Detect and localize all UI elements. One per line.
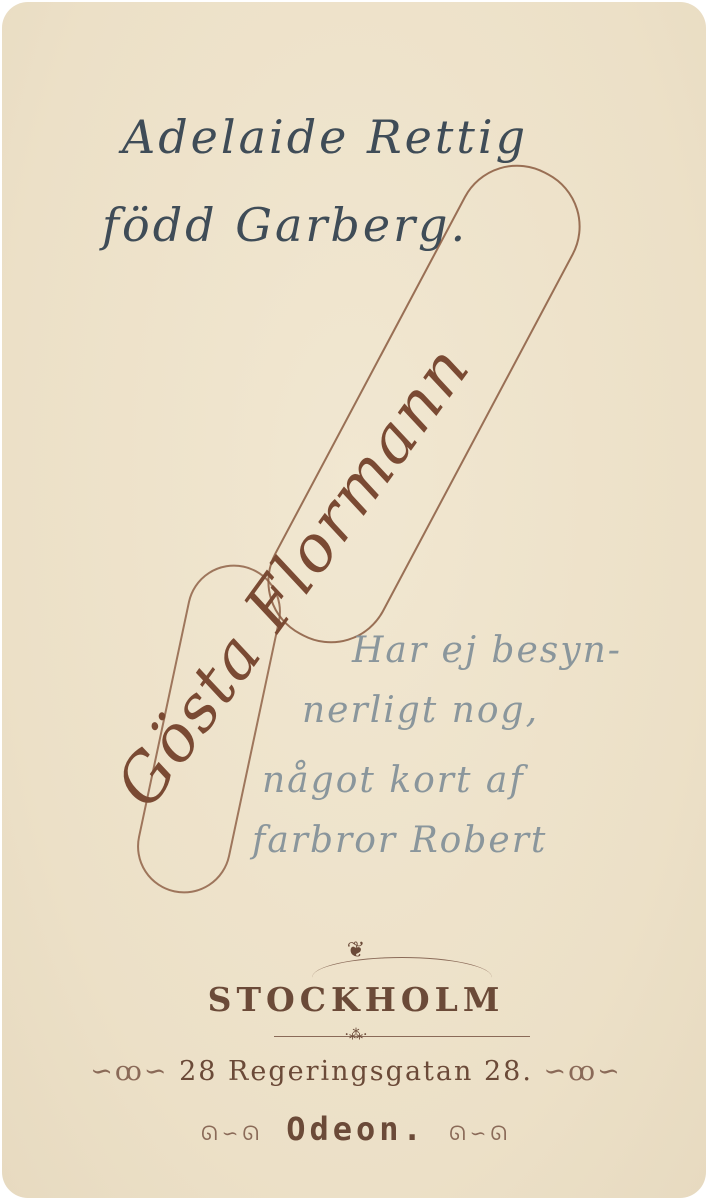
divider-ornament-icon: ·⁂·	[2, 1027, 708, 1043]
photo-card-back: Adelaide Rettig född Garberg. Gösta Flor…	[2, 2, 706, 1198]
imprint-studio-text: Odeon.	[286, 1110, 426, 1148]
flourish-left-icon: ᘏ∽ᘏ	[201, 1121, 263, 1145]
handwritten-maiden-name-line: född Garberg.	[102, 198, 468, 252]
pencil-note-line: något kort af	[262, 760, 525, 801]
flourish-right-icon: ᘏ∽ᘏ	[449, 1121, 511, 1145]
pencil-note-line: nerligt nog,	[302, 690, 539, 731]
imprint-address: ∽ꝏ∽ 28 Regeringsgatan 28. ∽ꝏ∽	[2, 1056, 708, 1087]
signature: Gösta Flormann	[102, 332, 485, 820]
flourish-right-icon: ∽ꝏ∽	[544, 1056, 622, 1087]
imprint-studio: ᘏ∽ᘏ Odeon. ᘏ∽ᘏ	[2, 1110, 708, 1148]
pencil-note-line: Har ej besyn-	[352, 630, 622, 671]
flourish-left-icon: ∽ꝏ∽	[90, 1056, 168, 1087]
imprint-address-text: 28 Regeringsgatan 28.	[179, 1056, 533, 1087]
handwritten-name-line: Adelaide Rettig	[122, 110, 528, 164]
imprint-city: STOCKHOLM	[2, 980, 708, 1019]
pencil-note-line: farbror Robert	[252, 820, 547, 861]
